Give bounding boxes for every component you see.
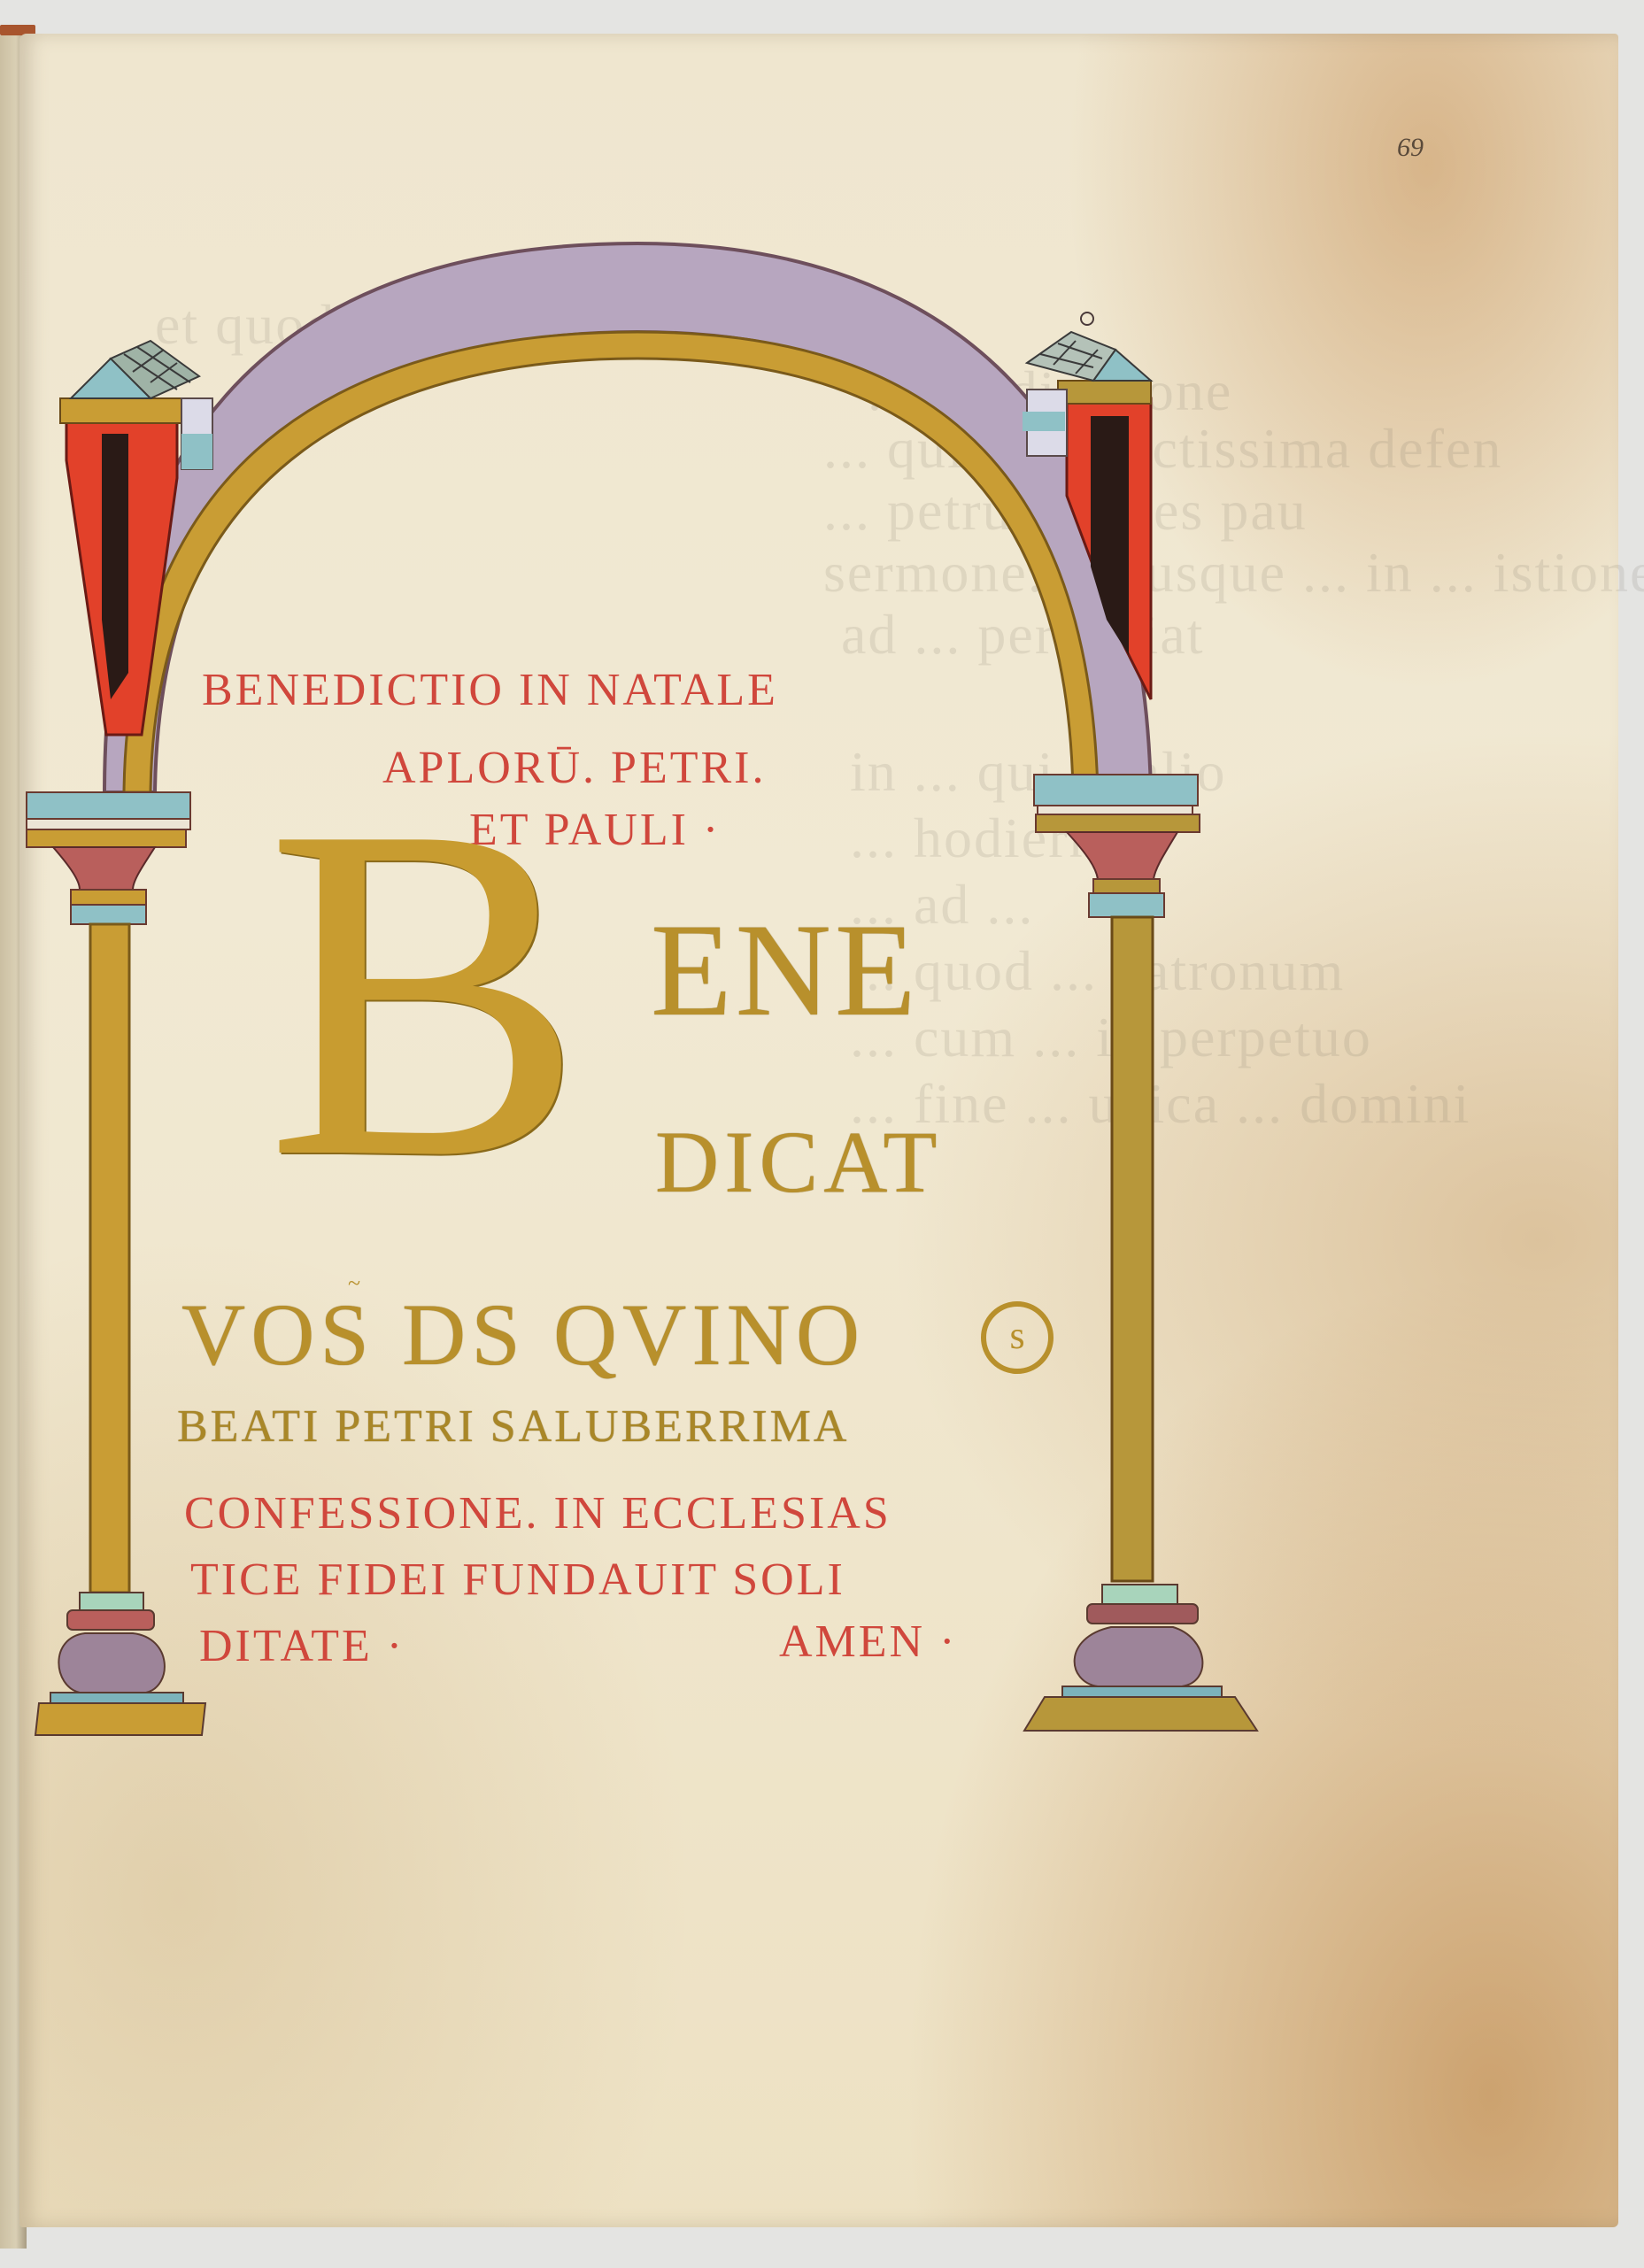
display-line-3: VOS DS QVINO — [181, 1284, 865, 1385]
rubric-title-line-1: BENEDICTIO IN NATALE — [202, 664, 778, 716]
left-base — [35, 1593, 205, 1735]
display-line-2: DICAT — [655, 1111, 942, 1213]
amen-closing: AMEN · — [779, 1616, 957, 1668]
body-red-line-1: CONFESSIONE. IN ECCLESIAS — [184, 1487, 891, 1539]
right-base — [1024, 1585, 1257, 1731]
display-line-1: ENE — [651, 894, 920, 1046]
right-column-shaft — [1112, 917, 1153, 1581]
gold-initial-letter: B — [266, 752, 584, 1230]
body-red-line-3: DITATE · — [199, 1620, 405, 1672]
left-column-shaft — [90, 924, 129, 1593]
circled-letter: s — [981, 1301, 1054, 1374]
body-gold-line: BEATI PETRI SALUBERRIMA — [177, 1400, 849, 1453]
body-red-line-2: TICE FIDEI FUNDAUIT SOLI — [190, 1554, 845, 1606]
right-capital — [1034, 775, 1200, 917]
left-capital — [27, 792, 190, 924]
